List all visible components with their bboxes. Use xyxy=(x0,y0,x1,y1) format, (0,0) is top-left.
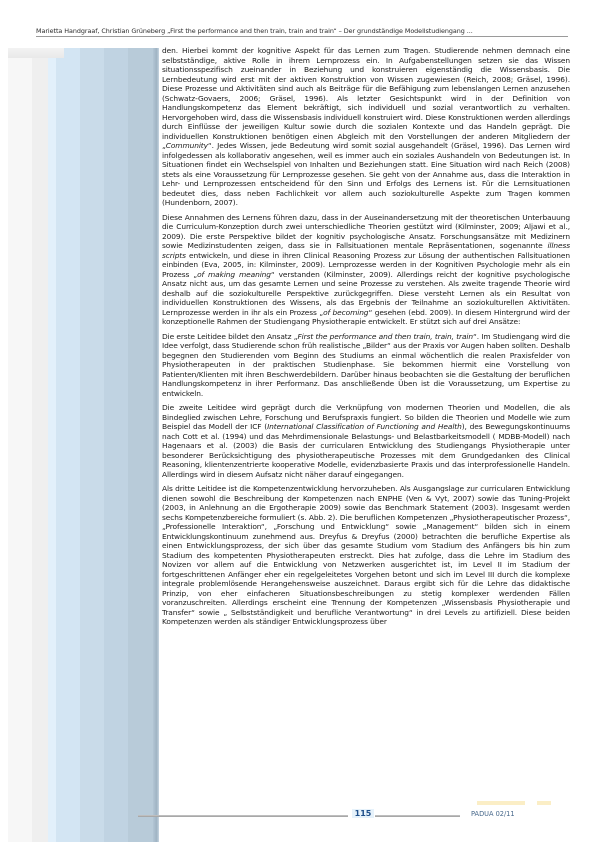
page-footer: 115 PADUA 02/11 xyxy=(138,809,570,823)
footer-rule-left xyxy=(138,815,348,817)
italic-term: Community xyxy=(166,141,208,150)
journal-label: PADUA 02/11 xyxy=(471,810,571,818)
article-body: den. Hierbei kommt der kognitive Aspekt … xyxy=(162,46,570,632)
sidebar-stripe xyxy=(128,48,153,842)
text-run: Diese Annahmen des Lernens führen dazu, … xyxy=(162,213,570,251)
italic-term: of becoming xyxy=(323,308,368,317)
running-head: Marietta Handgraaf, Christian Grüneberg … xyxy=(36,27,568,37)
footer-rule-right xyxy=(375,815,460,817)
sidebar-stripe xyxy=(104,48,128,842)
page-number: 115 xyxy=(352,809,374,818)
sidebar-top-band xyxy=(8,48,64,58)
text-run: Als dritte Leitidee ist die Kompetenzent… xyxy=(162,484,570,626)
decorative-sidebar xyxy=(8,48,159,842)
text-run: Die erste Leitidee bildet den Ansatz „ xyxy=(162,332,297,341)
text-run: “. Jedes Wissen, jede Bedeutung wird som… xyxy=(162,141,570,207)
paragraph: den. Hierbei kommt der kognitive Aspekt … xyxy=(162,46,570,208)
italic-term: of making meaning xyxy=(197,270,271,279)
paragraph: Die erste Leitidee bildet den Ansatz „Fi… xyxy=(162,332,570,399)
sidebar-stripe xyxy=(8,48,32,842)
journal-highlight-bar xyxy=(477,801,525,805)
journal-highlight-bar xyxy=(537,801,551,805)
italic-term: First the performance and then train, tr… xyxy=(297,332,473,341)
text-run: den. Hierbei kommt der kognitive Aspekt … xyxy=(162,46,570,150)
text-run: “. Im Studiengang wird die Idee verfolgt… xyxy=(162,332,570,398)
italic-term: International Classification of Function… xyxy=(267,422,462,431)
paragraph: Die zweite Leitidee wird geprägt durch d… xyxy=(162,403,570,479)
sidebar-stripe xyxy=(56,48,80,842)
sidebar-stripe xyxy=(48,48,56,842)
journal-issue: PADUA 02/11 xyxy=(471,810,515,818)
sidebar-stripe xyxy=(32,48,48,842)
sidebar-stripe xyxy=(80,48,104,842)
paragraph: Diese Annahmen des Lernens führen dazu, … xyxy=(162,213,570,327)
sidebar-edge xyxy=(153,48,159,842)
paragraph: Als dritte Leitidee ist die Kompetenzent… xyxy=(162,484,570,627)
